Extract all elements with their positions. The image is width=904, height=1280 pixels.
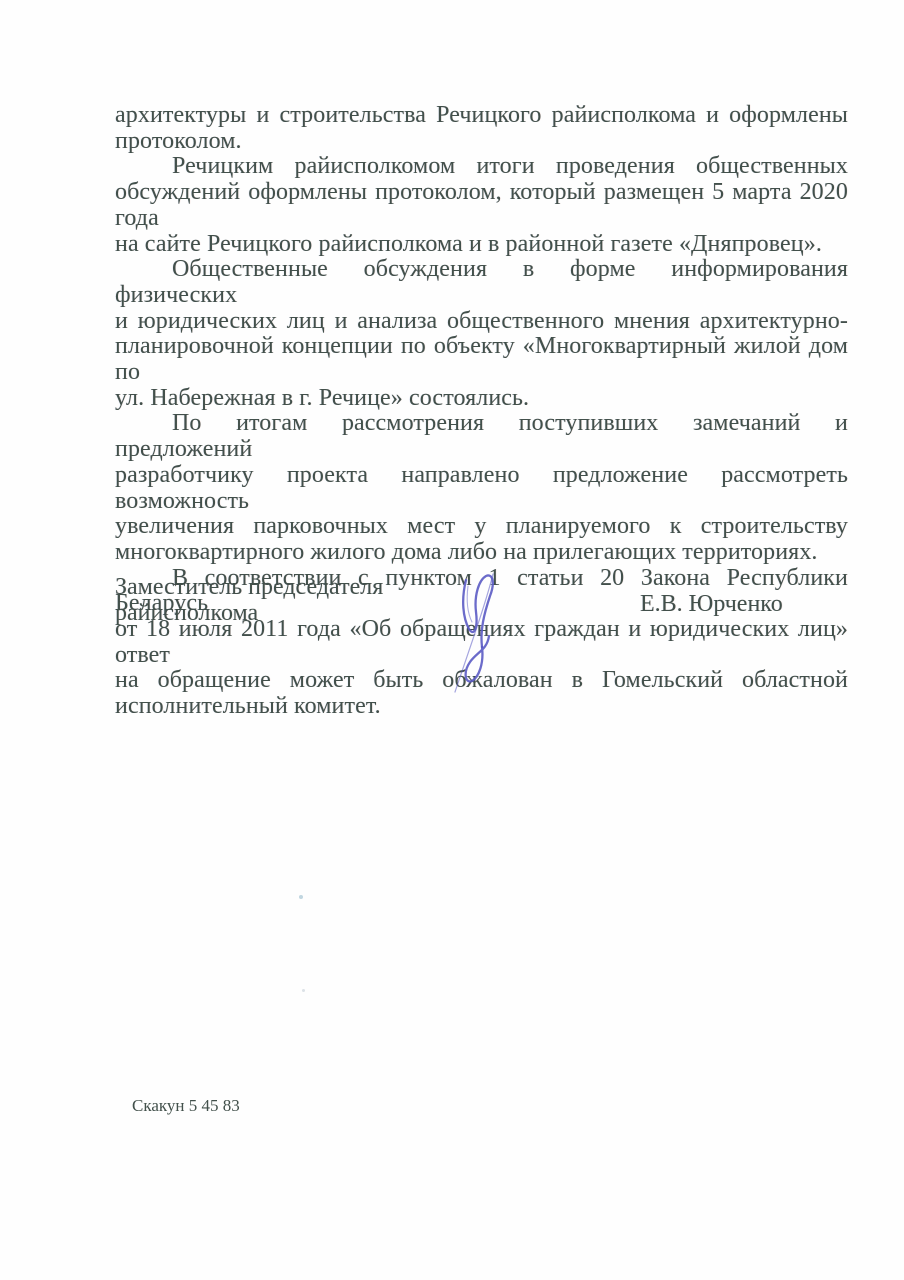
signer-position-line: Заместитель председателя (115, 575, 455, 601)
text-line: Речицким райисполкомом итоги проведения … (115, 154, 848, 180)
signer-name: Е.В. Юрченко (640, 592, 783, 618)
text-line: обсуждений оформлены протоколом, который… (115, 180, 848, 231)
text-line: многоквартирного жилого дома либо на при… (115, 540, 848, 566)
text-line: архитектуры и строительства Речицкого ра… (115, 103, 848, 129)
text-line: на сайте Речицкого райисполкома и в райо… (115, 232, 848, 258)
signer-position-line: райисполкома (115, 601, 455, 627)
executor-contact: Скакун 5 45 83 (132, 1097, 240, 1115)
text-line: По итогам рассмотрения поступивших замеч… (115, 411, 848, 462)
text-line: увеличения парковочных мест у планируемо… (115, 514, 848, 540)
scan-speck (299, 895, 303, 899)
scan-speck (302, 989, 305, 992)
document-page: архитектуры и строительства Речицкого ра… (0, 0, 904, 1280)
text-line: разработчику проекта направлено предложе… (115, 463, 848, 514)
signer-position-title: Заместитель председателя райисполкома (115, 575, 455, 626)
text-line: протоколом. (115, 129, 848, 155)
text-line: исполнительный комитет. (115, 694, 848, 720)
handwritten-signature-icon (448, 568, 512, 696)
text-line: планировочной концепции по объекту «Мног… (115, 334, 848, 385)
text-line: и юридических лиц и анализа общественног… (115, 309, 848, 335)
text-line: ул. Набережная в г. Речице» состоялись. (115, 386, 848, 412)
text-line: Общественные обсуждения в форме информир… (115, 257, 848, 308)
